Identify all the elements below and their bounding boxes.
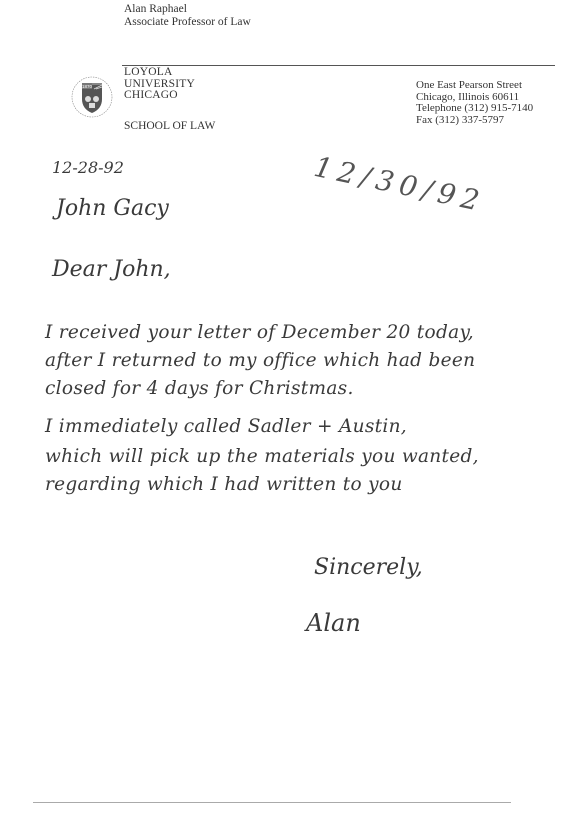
university-line: CHICAGO — [124, 90, 195, 102]
body-line: closed for 4 days for Christmas. — [45, 378, 354, 399]
address-line: One East Pearson Street — [416, 80, 533, 92]
sender-title: Associate Professor of Law — [124, 16, 251, 29]
school-name: SCHOOL OF LAW — [124, 120, 215, 132]
closing: Sincerely, — [314, 555, 423, 580]
university-line: LOYOLA — [124, 67, 195, 79]
fax-line: Fax (312) 337-5797 — [416, 115, 533, 127]
sender-name: Alan Raphael — [124, 3, 187, 16]
footer-divider — [33, 802, 511, 803]
date-written: 12-28-92 — [52, 158, 124, 177]
seal-year: 1870 — [82, 84, 93, 89]
body-line: regarding which I had written to you — [45, 474, 403, 495]
date-stamp: 12/30/92 — [311, 150, 488, 218]
body-line: which will pick up the materials you wan… — [45, 446, 479, 467]
recipient: John Gacy — [56, 196, 169, 221]
body-line: after I returned to my office which had … — [45, 350, 475, 371]
address-block: One East Pearson Street Chicago, Illinoi… — [416, 80, 533, 126]
university-seal-icon: 1870 — [70, 75, 114, 119]
salutation: Dear John, — [52, 257, 171, 282]
body-line: I immediately called Sadler + Austin, — [45, 416, 407, 437]
university-name: LOYOLA UNIVERSITY CHICAGO — [124, 67, 195, 102]
header-divider — [122, 65, 555, 66]
body-line: I received your letter of December 20 to… — [45, 322, 474, 343]
signature: Alan — [306, 609, 361, 637]
